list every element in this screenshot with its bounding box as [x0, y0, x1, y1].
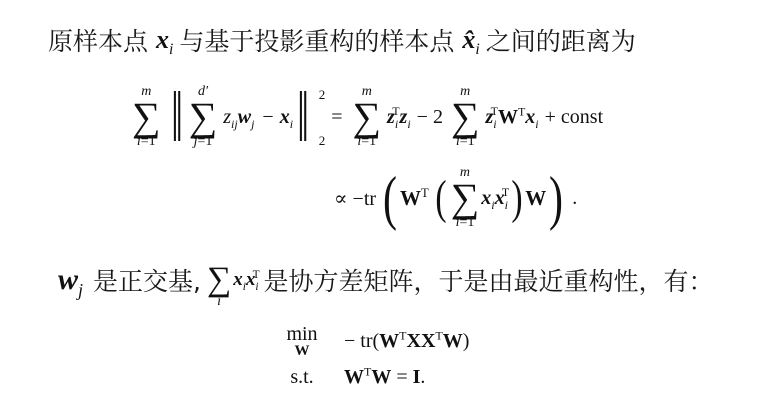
optimization-problem: min W − tr( WTXXTW ) s.t. WTW = I . [272, 322, 469, 394]
sum-i: m ∑ i=1 [132, 85, 161, 149]
x-i-symbol: xi [156, 25, 173, 55]
sum-i-cov: m ∑ i=1 [451, 166, 480, 230]
statement-sentence: wj 是正交基, i ∑ i xi xiT 是协方差矩阵，于是由最近重构性，有： [58, 250, 714, 310]
equation-reconstruction-error: m ∑ i=1 ‖ d′ ∑ j=1 zij wj − xi ‖ 2 2 = m… [130, 72, 603, 162]
min-operator: min W [272, 324, 332, 359]
equation-trace-form: ∝ −tr ( WT ( m ∑ i=1 xi xiT ) W ) . [334, 158, 577, 238]
intro-prefix: 原样本点 [48, 22, 148, 58]
intro-suffix: 之间的距离为 [486, 22, 636, 58]
subject-to-label: s.t. [272, 366, 332, 389]
w-j-symbol: wj [58, 263, 83, 297]
sum-j: d′ ∑ j=1 [189, 85, 218, 149]
sum-i-rhs1: m ∑ i=1 [353, 85, 382, 149]
sum-i-stmt: i ∑ i [207, 251, 231, 309]
x-hat-i-symbol: x̂i [462, 25, 479, 55]
sum-i-rhs2: m ∑ i=1 [451, 85, 480, 149]
norm: ‖ d′ ∑ j=1 zij wj − xi ‖ 2 2 [167, 81, 314, 153]
intro-sentence: 原样本点 xi 与基于投影重构的样本点 x̂i 之间的距离为 [48, 22, 636, 58]
intro-middle: 与基于投影重构的样本点 [179, 22, 454, 58]
